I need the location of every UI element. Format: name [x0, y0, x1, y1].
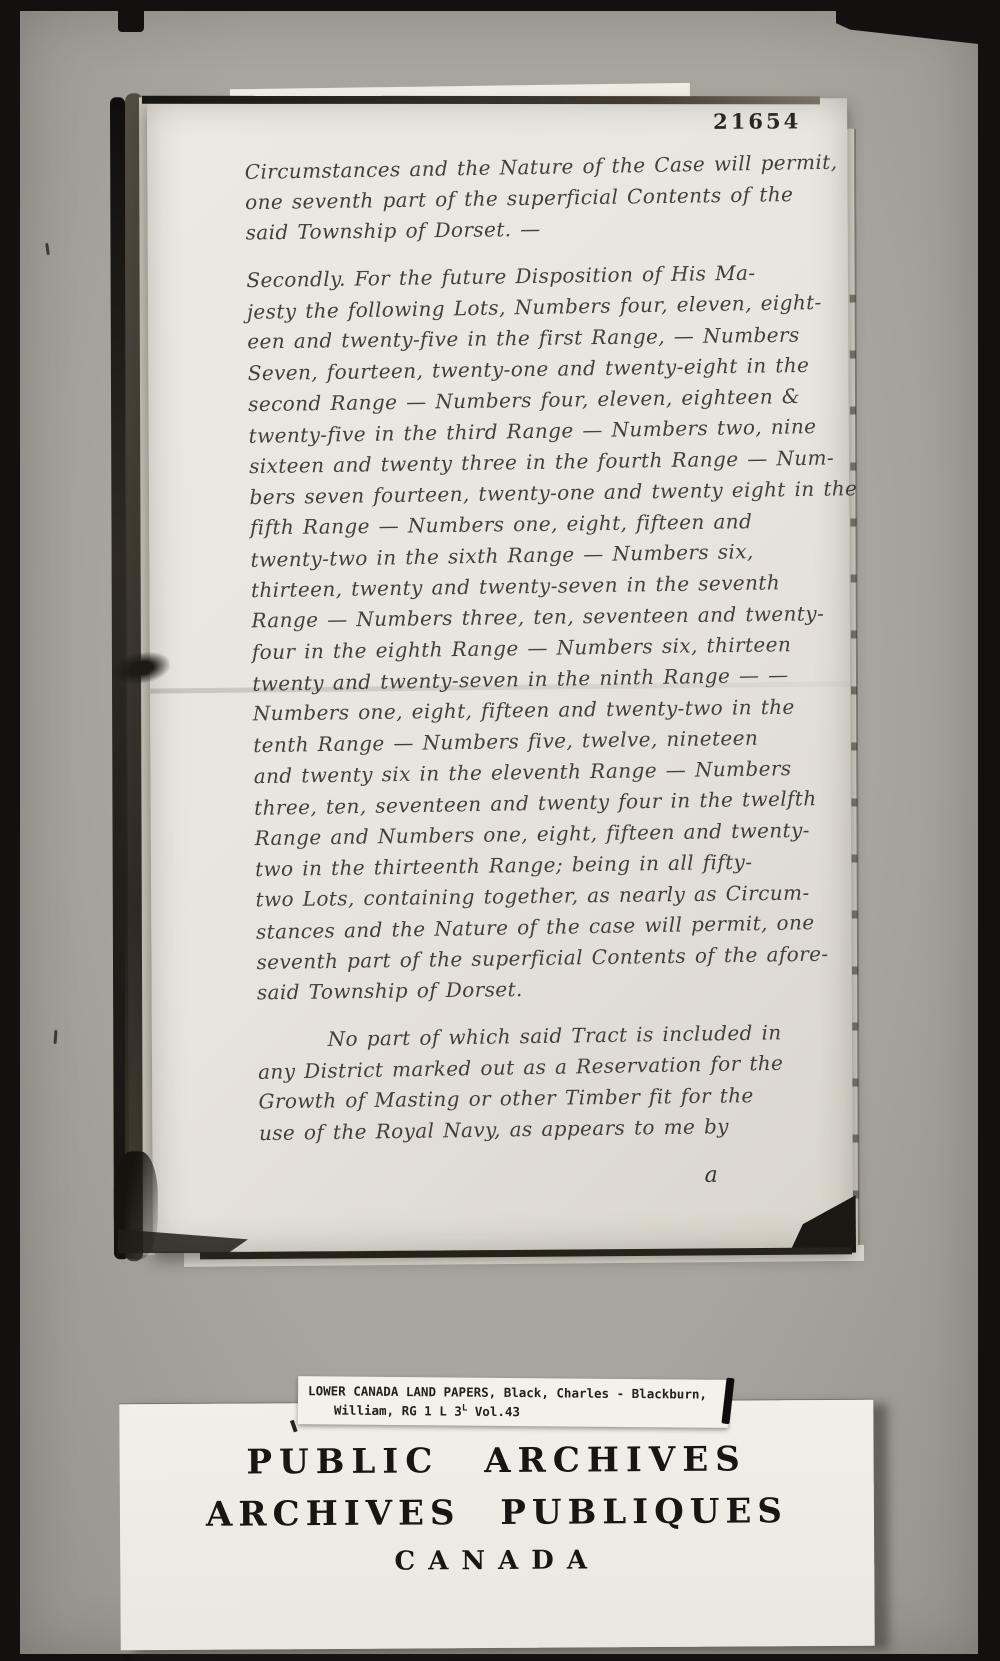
- archives-title-french: ARCHIVES PUBLIQUES: [120, 1494, 874, 1533]
- handwritten-text: Circumstances and the Nature of the Case…: [245, 147, 860, 1149]
- photo-border-notch: [118, 6, 144, 32]
- document-stack: 21654 Circumstances and the Nature of th…: [110, 85, 866, 1270]
- archive-reference-label: LOWER CANADA LAND PAPERS, Black, Charles…: [298, 1376, 728, 1428]
- page-top-shadow: [142, 96, 820, 105]
- label-line-2: William, RG 1 L 3L Vol.43: [334, 1399, 718, 1422]
- manuscript-page: 21654 Circumstances and the Nature of th…: [147, 98, 853, 1252]
- archives-country: CANADA: [120, 1546, 874, 1577]
- archival-photograph: 21654 Circumstances and the Nature of th…: [0, 0, 1000, 1661]
- archives-stamp-band: PUBLIC ARCHIVES ARCHIVES PUBLIQUES CANAD…: [119, 1400, 874, 1651]
- manuscript-line: said Township of Dorset. —: [245, 210, 845, 248]
- label-ref-text: William, RG 1 L 3: [334, 1403, 462, 1419]
- manuscript-line: said Township of Dorset.: [257, 970, 857, 1008]
- archives-title-english: PUBLIC ARCHIVES: [120, 1442, 874, 1481]
- label-volume-text: Vol.43: [467, 1404, 520, 1419]
- catchword: a: [705, 1163, 718, 1188]
- page-number-stamp: 21654: [713, 108, 801, 133]
